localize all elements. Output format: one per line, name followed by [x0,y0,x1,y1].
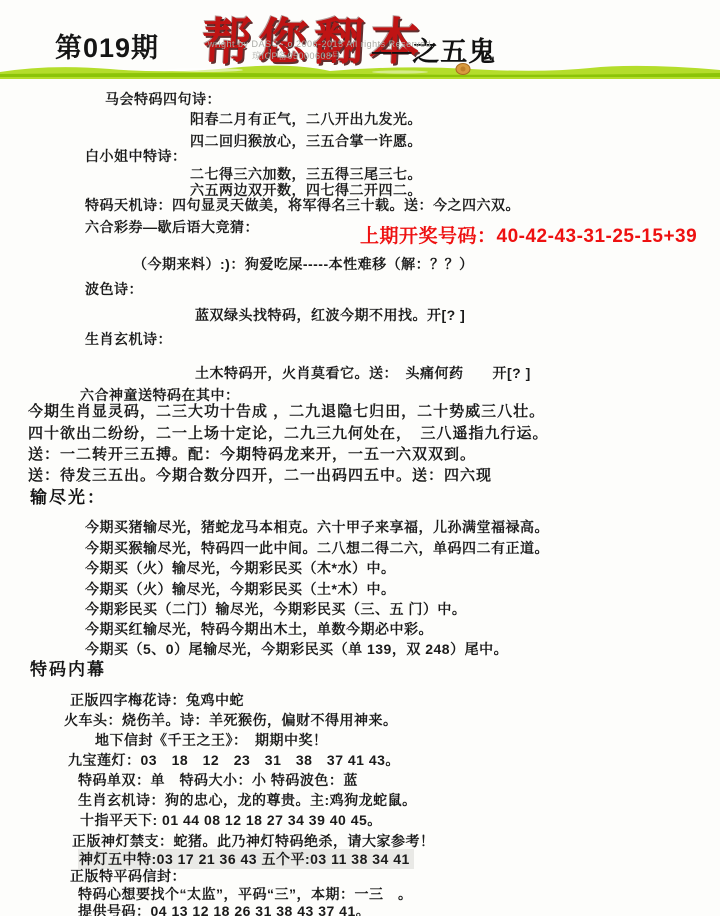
shujinguang-line: 今期买猴输尽光，特码四一此中间。二八想二得二六，单码四二有正道。 [85,539,549,557]
shujinguang-heading: 输尽光： [30,489,106,507]
mahui-line2: 四二回归猴放心，三五合掌一许愿。 [190,132,422,150]
last-draw-label: 上期开奖号码： [360,226,497,247]
neimu-line: 地下信封《千王之王》： 期期中奖！ [95,731,328,749]
mahui-heading: 马会特码四句诗： [105,90,221,108]
shujinguang-line: 今期买（火）输尽光，今期彩民买（土*木）中。 [85,580,395,598]
tianji-line: 特码天机诗：四句显灵天做美，将军得名三十载。送：今之四六双。 [85,196,520,214]
neimu-line: 十指平天下: 01 44 08 12 18 27 34 39 40 45。 [80,811,382,829]
shengxiao-line: 土木特码开，火肖莫看它。送： 头痛何药 开[? ] [195,364,531,382]
neimu-line: 正版特平码信封： [70,867,186,885]
shujinguang-line: 今期买猪输尽光，猪蛇龙马本相克。六十甲子来享福，儿孙满堂福禄高。 [85,518,549,536]
snail-icon [456,64,470,75]
last-draw-numbers: 上期开奖号码：40-42-43-31-25-15+39 [360,221,697,248]
neimu-line: 火车头：烧伤羊。诗：羊死猴伤，偏财不得用神来。 [64,711,398,729]
grass-banner [0,61,720,79]
neimu-line: 神灯五中特:03 17 21 36 43 五个平:03 11 38 34 41 [78,849,414,869]
copyright-watermark: wright by DASC o 2006-2015 All rights Re… [208,39,434,49]
shentong-heading: 六合神童送特码在其中： [80,386,240,404]
bose-heading: 波色诗： [85,280,143,298]
neimu-line: 正版四字梅花诗：兔鸡中蛇 [70,691,244,709]
xiehouyu-heading: 六合彩券—歇后语大竞猜： [85,218,259,236]
shentong-line: 送：一二转开三五搏。配：今期特码龙来开，一五一六双双到。 [28,446,476,464]
shentong-line: 四十欲出二纷纷，二一上场十定论，二九三九何处在， 三八遥指九行运。 [28,425,549,443]
neimu-line: 九宝莲灯：03 18 12 23 31 38 37 41 43。 [68,751,400,769]
mahui-line1: 阳春二月有正气，二八开出九发光。 [190,110,422,128]
shujinguang-line: 今期买（5、0）尾输尽光，今期彩民买（单 139，双 248）尾中。 [85,640,508,658]
shujinguang-line: 今期买（火）输尽光，今期彩民买（木*水）中。 [85,559,395,577]
shengxiao-heading: 生肖玄机诗： [85,330,172,348]
neimu-line: 提供号码：04 13 12 18 26 31 38 43 37 41。 [78,902,370,916]
shentong-line: 送：待发三五出。今期合数分四开，二一出码四五中。送：四六现 [28,467,492,485]
bose-line: 蓝双绿头找特码，红波今期不用找。开[? ] [195,306,465,324]
neimu-line: 正版神灯禁支：蛇猪。此乃神灯特码绝杀，请大家参考！ [72,832,435,850]
neimu-line: 特码单双：单 特码大小：小 特码波色：蓝 [78,771,358,789]
shujinguang-line: 今期买红输尽光，特码今期出木土，单数今期必中彩。 [85,620,433,638]
last-draw-value: 40-42-43-31-25-15+39 [497,226,698,247]
shentong-line: 今期生肖显灵码，二三大功十告成 ，二九退隐七归田，二十势威三八壮。 [28,403,545,421]
neimu-line: 特码心想要找个“太监”，平码“三”，本期：一三 。 [78,885,413,903]
shujinguang-line: 今期彩民买（二门）输尽光，今期彩民买（三、五 门）中。 [85,600,466,618]
issue-number: 第019期 [55,26,159,65]
neimu-line: 生肖玄机诗：狗的忠心，龙的尊贵。主:鸡狗龙蛇鼠。 [78,791,417,809]
baixiaojie-heading: 白小姐中特诗： [85,147,187,165]
tip-sheet-page: 第019期 帮您翻本 ──之五鬼 wright by DASC o 2006-2… [0,0,720,916]
xiehouyu-riddle: （今期来料）:)：狗爱吃屎-----本性难移（解：？？） [133,255,474,273]
neimu-heading: 特码内幕 [30,661,106,679]
